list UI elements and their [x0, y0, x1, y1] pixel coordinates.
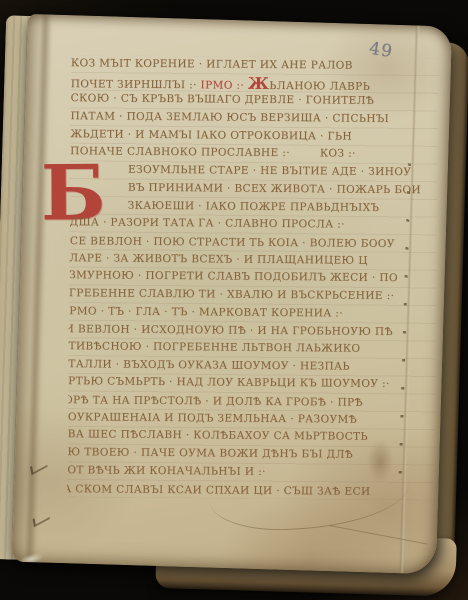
body-text: ЬЛАНОЮ ЛАВРЬ [269, 80, 370, 93]
manuscript-text-line: ПОНАЧЕ СЛАВНОКО ПРОСЛАВНЕ :· КОЗ :· [70, 144, 438, 165]
body-text: ПОЧЕТ ЗИРНШЛЪІ :· [71, 78, 201, 91]
body-text: ТИВѢСНОЮ · ПОГРЕБЕННЕ ЛЬТВОН ЛАЬЖИКО [68, 340, 360, 355]
body-text: ОРѢ ТА НА ПРѢСТОЛѢ · И ДОЛѢ КА ГРОБѢ · П… [67, 394, 363, 409]
body-text: ПАТАМ · ПОДА ЗЕМЛАЮ ЮСЪ ВЕРЗИША · СПСЬНЪ… [70, 110, 389, 125]
rubric-text: ІРМО :· [201, 79, 248, 91]
body-text: ІРМО · ТЪ · ГЛА · ТЪ · МАРКОВАТ КОРЕНИА … [67, 305, 343, 319]
body-text: ЗКАЮЕШИ · ІАКО ПОЖРЕ ПРАВЬДНЪІХЪ [128, 199, 380, 213]
body-text: ВА ШЕС ПѢСЛАВН · КОЛѢБАХОУ СА МЬРТВОСТЬ [68, 429, 368, 444]
body-text: ВЪ ПРИНИАМИ · ВСЕХ ЖИВОТА · ПОЖАРЬ БОИ [128, 181, 421, 196]
body-text: ДША · РАЗОРИ ТАТА ГА · СЛАВНО ПРОСЛА :· [70, 216, 345, 230]
body-text: ІСЕ ВЕВЛОН · ПОЮ СТРАСТИ ТЬ КОІА · ВОЛЕЮ… [67, 235, 395, 250]
body-text: ОТ ВѢЧЬ ЖИ КОНАЧАЛЬНЪІ И :· [67, 464, 265, 478]
body-text: А СКОМ СЛАВЪІ КСАИ СПХАИ ЦИ · СЪШ ЗАѢ ЕС… [67, 483, 370, 498]
manuscript-text-line: ДА СКОМ СЛАВЪІ КСАИ СПХАИ ЦИ · СЪШ ЗАѢ Е… [67, 480, 435, 501]
manuscript-photo: 49 Б КОЗ МЪІТ КОРЕНИЕ · ИГЛАЕТ ИХ АНЕ РА… [0, 0, 468, 600]
binding-thread [17, 551, 45, 568]
manuscript-page: 49 Б КОЗ МЪІТ КОРЕНИЕ · ИГЛАЕТ ИХ АНЕ РА… [12, 14, 452, 574]
body-text: ЗМУРНОЮ · ПОГРЕТИ СЛАВЪ ПОДОБИЛЪ ЖЕСИ · … [69, 269, 398, 284]
body-text: ТАЛЛИ · ВЪХОДЪ ОУКАЗА ШОУМОУ · НЕЗПАЬ [68, 358, 350, 372]
body-text: ПОНАЧЕ СЛАВНОКО ПРОСЛАВНЕ :· КОЗ :· [70, 146, 356, 160]
body-text: КОЗ МЪІТ КОРЕНИЕ · ИГЛАЕТ ИХ АНЕ РАЛОВ [71, 57, 353, 71]
body-text: РТЬЮ СЪМЬРТЬ · НАД ЛОУ КАВРЬЦИ КЪ ШОУМОУ… [68, 376, 390, 391]
body-text: ОУКРАШЕНАІА И ПОДЪ ЗЕМЛЬНАА · РАЗОУМѢ [68, 411, 357, 426]
gutter-shadow [24, 14, 52, 562]
body-text: СКОЮ · СЪ КРЪВЪ ВЪШАГО ДРЕВЛЕ · ГОНИТЕЛѢ [71, 93, 375, 108]
rubric-capital: Ж [248, 73, 270, 92]
body-text: ГРЕБЕННЕ СЛАВЛЮ ТИ · ХВАЛЮ И ВЪСКРЬСЕНИЕ… [69, 287, 394, 302]
body-text: Ю ТВОЕЮ · ПАЧЕ ОУМА ВОЖИ ДѢНЪ БЪІ ДЛѢ [67, 446, 353, 460]
manuscript-text-block: КОЗ МЪІТ КОРЕНИЕ · ИГЛАЕТ ИХ АНЕ РАЛОВПО… [67, 55, 439, 500]
body-text: И ВЕВЛОН · ИСХОДНОУЮ ПѢ · И НА ГРОБЬНОУЮ… [67, 323, 393, 338]
body-text: ЕЗОУМЛЬНЕ СТАРЕ · НЕ ВЪІТИЕ АДЕ · ЗИНОУ [128, 164, 411, 178]
body-text: ЛАРЕ · ЗА ЖИВОТЪ ВСЕХЪ · И ПЛАЩАНИЦЕЮ Ц [69, 252, 368, 267]
body-text: ЖЬДЕТИ · И МАМЪІ ІАКО ОТРОКОВИЦА · ГЬН [70, 128, 352, 142]
book-page-group: 49 Б КОЗ МЪІТ КОРЕНИЕ · ИГЛАЕТ ИХ АНЕ РА… [6, 14, 454, 575]
